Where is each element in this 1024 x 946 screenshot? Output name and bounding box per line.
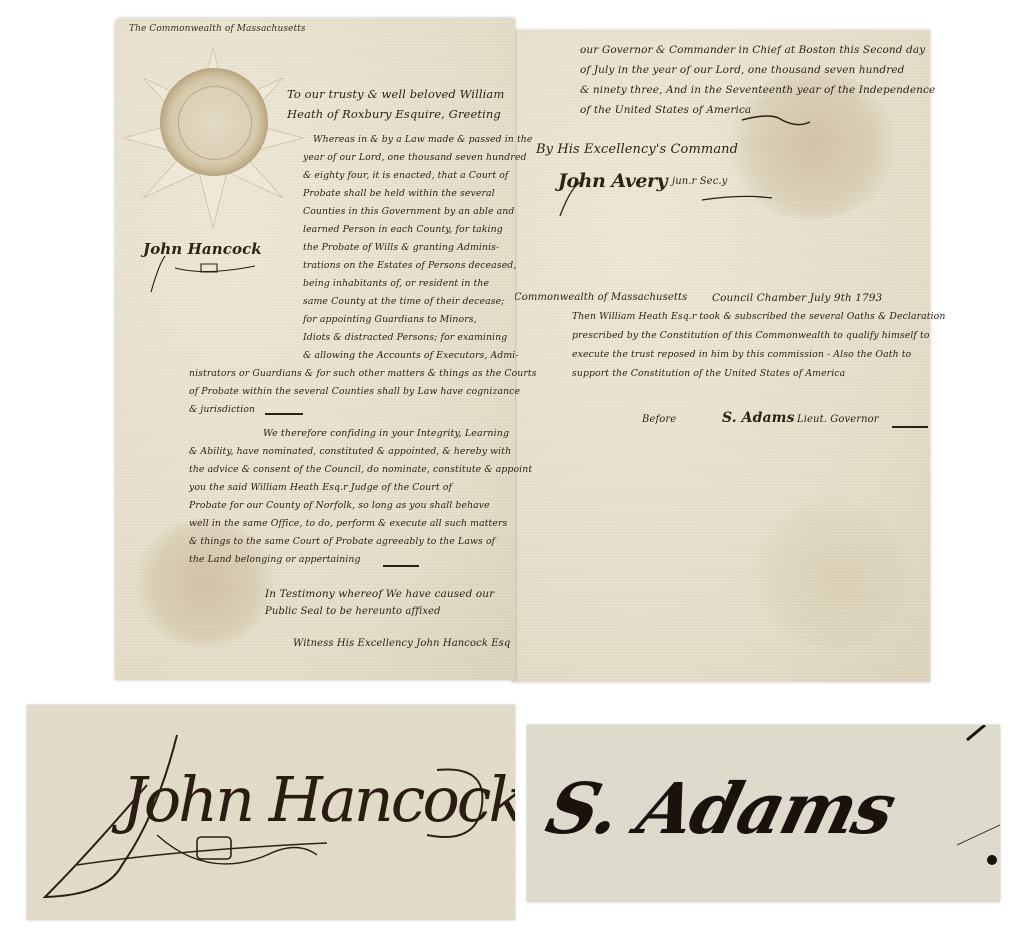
by-command-text: By His Excellency's Command — [536, 142, 738, 157]
s-adams-signature: S. Adams — [722, 410, 795, 426]
body-line: well in the same Office, to do, perform … — [189, 518, 507, 529]
body-line: & eighty four, it is enacted, that a Cou… — [303, 170, 508, 181]
witness-line: Witness His Excellency John Hancock Esq — [293, 638, 510, 649]
testimony-line: Public Seal to be hereunto affixed — [265, 606, 441, 617]
ink-spatter-icon — [527, 725, 1000, 902]
before-label: Before — [642, 414, 676, 425]
oath-header-left: Commonwealth of Massachusetts — [514, 292, 687, 303]
body-line: the advice & consent of the Council, do … — [189, 464, 532, 475]
dash-line — [383, 565, 419, 567]
document-page-left: The Commonwealth of Massachusetts John H… — [115, 18, 515, 680]
oath-body-line: Then William Heath Esq.r took & subscrib… — [572, 311, 945, 322]
continuation-line: of July in the year of our Lord, one tho… — [580, 64, 904, 76]
oath-body-line: prescribed by the Constitution of this C… — [572, 330, 930, 341]
document-page-right: our Governor & Commander in Chief at Bos… — [512, 30, 930, 682]
salutation-line: To our trusty & well beloved William — [287, 87, 504, 101]
body-line: We therefore confiding in your Integrity… — [263, 428, 509, 439]
oath-body-line: execute the trust reposed in him by this… — [572, 349, 911, 360]
body-line: nistrators or Guardians & for such other… — [189, 368, 537, 379]
continuation-line: our Governor & Commander in Chief at Bos… — [580, 44, 925, 56]
signature-flourish-icon — [145, 254, 275, 294]
continuation-line: & ninety three, And in the Seventeenth y… — [580, 84, 935, 96]
body-line: Idiots & distracted Persons; for examini… — [303, 332, 507, 343]
flourish-icon — [742, 114, 812, 128]
body-line: the Probate of Wills & granting Adminis- — [303, 242, 499, 253]
body-line: being inhabitants of, or resident in the — [303, 278, 489, 289]
salutation-line: Heath of Roxbury Esquire, Greeting — [287, 107, 501, 121]
signature-flourish-icon — [552, 180, 782, 220]
body-line: Whereas in & by a Law made & passed in t… — [313, 134, 532, 145]
body-line: Probate shall be held within the several — [303, 188, 495, 199]
body-line: the Land belonging or appertaining — [189, 554, 361, 565]
dash-line — [892, 426, 928, 428]
body-line: Probate for our County of Norfolk, so lo… — [189, 500, 490, 511]
continuation-line: of the United States of America — [580, 104, 751, 116]
water-stain — [752, 500, 912, 650]
dash-line — [265, 413, 303, 415]
body-line: of Probate within the several Counties s… — [189, 386, 520, 397]
body-line: trations on the Estates of Persons decea… — [303, 260, 516, 271]
body-line: same County at the time of their decease… — [303, 296, 504, 307]
testimony-line: In Testimony whereof We have caused our — [265, 588, 494, 600]
signature-flourish-icon — [27, 705, 515, 920]
body-line: & allowing the Accounts of Executors, Ad… — [303, 350, 519, 361]
body-line: year of our Lord, one thousand seven hun… — [303, 152, 527, 163]
body-line: & Ability, have nominated, constituted &… — [189, 446, 511, 457]
body-line: & jurisdiction — [189, 404, 255, 415]
body-line: for appointing Guardians to Minors, — [303, 314, 477, 325]
body-line: & things to the same Court of Probate ag… — [189, 536, 495, 547]
seal-center — [178, 86, 252, 160]
adams-signature-inset: S. Adams — [527, 725, 1000, 902]
hancock-signature-inset: John Hancock — [27, 705, 515, 920]
body-line: Counties in this Government by an able a… — [303, 206, 514, 217]
oath-body-line: support the Constitution of the United S… — [572, 368, 845, 379]
oath-header-right: Council Chamber July 9th 1793 — [712, 292, 882, 304]
commonwealth-seal — [160, 68, 268, 176]
document-header: The Commonwealth of Massachusetts — [129, 24, 306, 34]
lt-governor-title: Lieut. Governor — [797, 414, 879, 425]
body-line: you the said William Heath Esq.r Judge o… — [189, 482, 452, 493]
body-line: learned Person in each County, for takin… — [303, 224, 503, 235]
